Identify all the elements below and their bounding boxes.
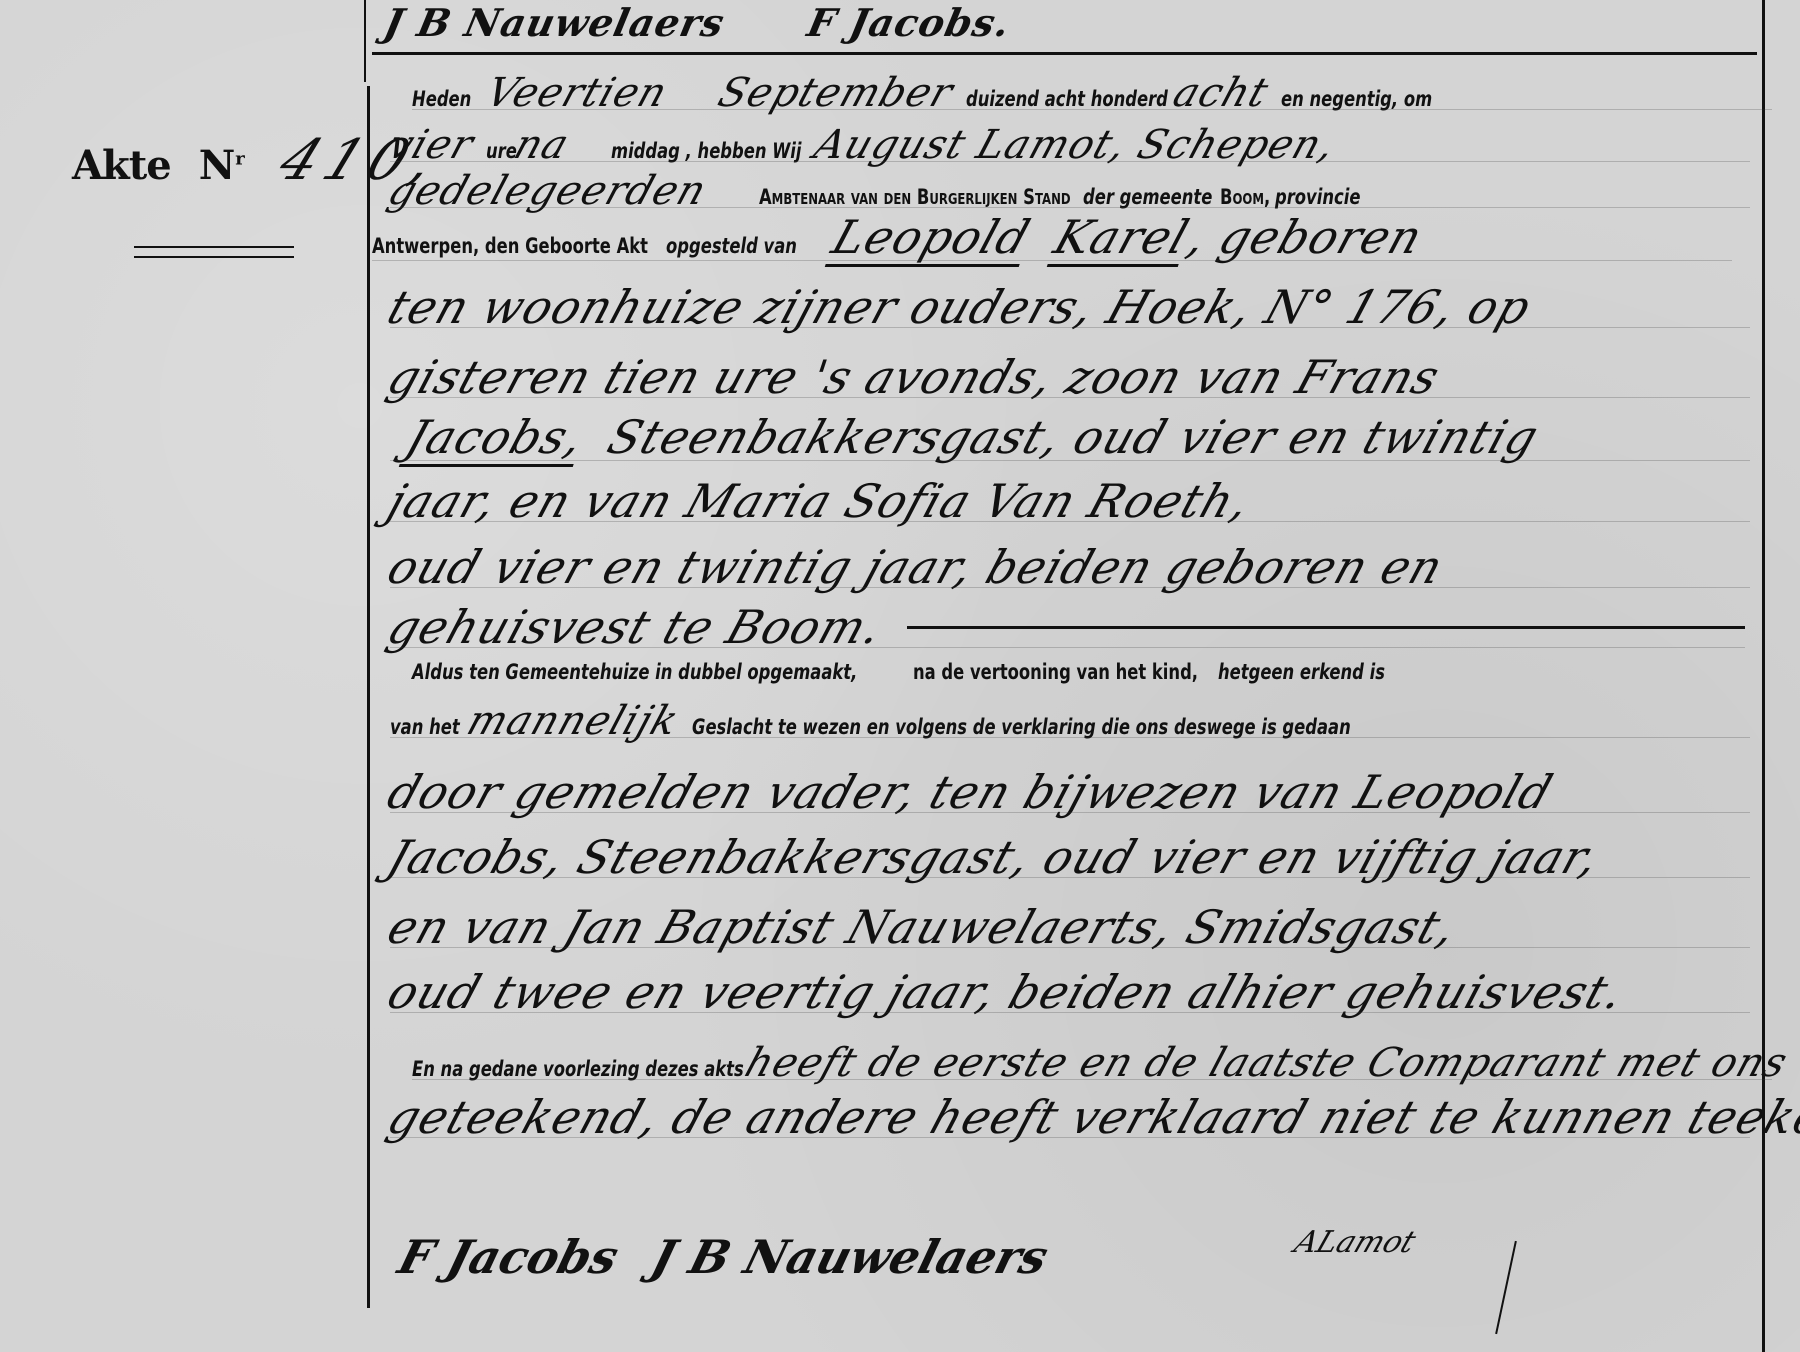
text-line-12: van het mannelijk Geslacht te wezen en v…: [390, 698, 1750, 744]
text-line-17: En na gedane voorlezing dezes akts heeft…: [412, 1040, 1772, 1086]
previous-entry-signatures: J B Nauwelaers F Jacobs.: [380, 0, 1084, 45]
text-line-13: door gemelden vader, ten bijwezen van Le…: [390, 765, 1750, 819]
text-line-18: geteekend, de andere heeft verklaard nie…: [390, 1090, 1750, 1144]
entry-separator-rule: [372, 52, 1757, 55]
margin-rule-top: [364, 0, 366, 82]
father-surname: Jacobs,: [399, 410, 592, 467]
handwritten-text: jaar, en van Maria Sofia Van Roeth,: [381, 474, 1257, 528]
printed-text: na de vertooning van het kind,: [913, 660, 1198, 684]
child-second-name: Karel: [1046, 210, 1195, 267]
text-line-8: jaar, en van Maria Sofia Van Roeth,: [390, 474, 1750, 528]
handwritten-text: vier: [383, 122, 480, 168]
printed-text: middag , hebben Wij: [611, 139, 802, 163]
printed-text: Ambtenaar van den Burgerlijken Stand: [759, 185, 1071, 209]
printed-text: van het: [390, 715, 460, 739]
printed-text: Boom,: [1220, 185, 1270, 209]
handwritten-text: geteekend, de andere heeft verklaard nie…: [381, 1090, 1800, 1144]
handwritten-text: gedelegeerden: [383, 168, 713, 214]
handwritten-text: Steenbakkersgast, oud vier en twintig: [601, 410, 1545, 464]
printed-text: Heden: [412, 87, 471, 111]
printed-text: Aldus ten Gemeentehuize in dubbel opgema…: [412, 660, 857, 684]
handwritten-text: oud twee en veertig jaar, beiden alhier …: [381, 965, 1631, 1019]
handwritten-text: September: [713, 70, 960, 116]
handwritten-text: na: [508, 122, 575, 168]
margin-rule: [367, 86, 370, 1308]
handwritten-text: gisteren tien ure 's avonds, zoon van Fr…: [381, 350, 1447, 404]
double-rule: [134, 246, 294, 258]
text-line-11: Aldus ten Gemeentehuize in dubbel opgema…: [412, 660, 1772, 684]
printed-text: Geslacht te wezen en volgens de verklari…: [692, 715, 1351, 739]
text-line-3: gedelegeerden Ambtenaar van den Burgerli…: [390, 168, 1750, 214]
handwritten-text: heeft de eerste en de laatste Comparant …: [740, 1040, 1794, 1086]
text-line-6: gisteren tien ure 's avonds, zoon van Fr…: [390, 350, 1750, 404]
printed-text: provincie: [1275, 185, 1360, 209]
text-line-14: Jacobs, Steenbakkersgast, oud vier en vi…: [390, 830, 1750, 884]
text-line-7: Jacobs, Steenbakkersgast, oud vier en tw…: [390, 410, 1750, 467]
handwritten-text: en van Jan Baptist Nauwelaerts, Smidsgas…: [381, 900, 1463, 954]
printed-text: en negentig, om: [1281, 87, 1432, 111]
signature: F Jacobs: [393, 1230, 624, 1284]
text-line-1: Heden Veertien September duizend acht ho…: [412, 70, 1772, 116]
printed-text: duizend acht honderd: [966, 87, 1168, 111]
printed-text: opgesteld van: [666, 234, 797, 258]
printed-text: En na gedane voorlezing dezes akts: [412, 1057, 744, 1081]
text-line-10: gehuisvest te Boom.: [390, 600, 1745, 654]
child-first-name: Leopold: [824, 210, 1036, 267]
handwritten-text: door gemelden vader, ten bijwezen van Le…: [381, 765, 1559, 819]
handwritten-text: Veertien: [481, 70, 674, 116]
handwritten-sex: mannelijk: [462, 698, 685, 744]
official-signature: ALamot: [1290, 1225, 1421, 1260]
handwritten-text: acht: [1167, 70, 1274, 116]
printed-text: der gemeente: [1083, 185, 1212, 209]
fill-rule: [907, 626, 1745, 629]
signature: F Jacobs.: [804, 0, 1015, 45]
nr-label: Nr: [199, 142, 245, 189]
handwritten-text: ten woonhuize zijner ouders, Hoek, N° 17…: [381, 280, 1538, 334]
text-line-4: Antwerpen, den Geboorte Akt opgesteld va…: [372, 210, 1732, 267]
signature-flourish: [1495, 1241, 1517, 1334]
text-line-15: en van Jan Baptist Nauwelaerts, Smidsgas…: [390, 900, 1750, 954]
printed-text: Antwerpen, den Geboorte Akt: [372, 234, 648, 258]
akte-label: Akte: [72, 142, 171, 189]
text-line-5: ten woonhuize zijner ouders, Hoek, N° 17…: [390, 280, 1750, 334]
handwritten-text: gehuisvest te Boom.: [381, 600, 889, 654]
witness-signatures: F Jacobs J B Nauwelaers: [393, 1230, 1074, 1284]
handwritten-text: oud vier en twintig jaar, beiden geboren…: [381, 540, 1450, 594]
handwritten-text: , geboren: [1181, 210, 1429, 264]
signature: J B Nauwelaers: [646, 1230, 1054, 1284]
handwritten-text: August Lamot, Schepen,: [808, 122, 1341, 168]
signature: J B Nauwelaers: [380, 0, 729, 45]
text-line-16: oud twee en veertig jaar, beiden alhier …: [390, 965, 1750, 1019]
register-page: J B Nauwelaers F Jacobs. Akte Nr 410, He…: [0, 0, 1800, 1352]
text-line-2: vier ure na middag , hebben Wij August L…: [390, 122, 1750, 168]
handwritten-text: Jacobs, Steenbakkersgast, oud vier en vi…: [381, 830, 1606, 884]
text-line-9: oud vier en twintig jaar, beiden geboren…: [390, 540, 1750, 594]
printed-text: hetgeen erkend is: [1218, 660, 1385, 684]
